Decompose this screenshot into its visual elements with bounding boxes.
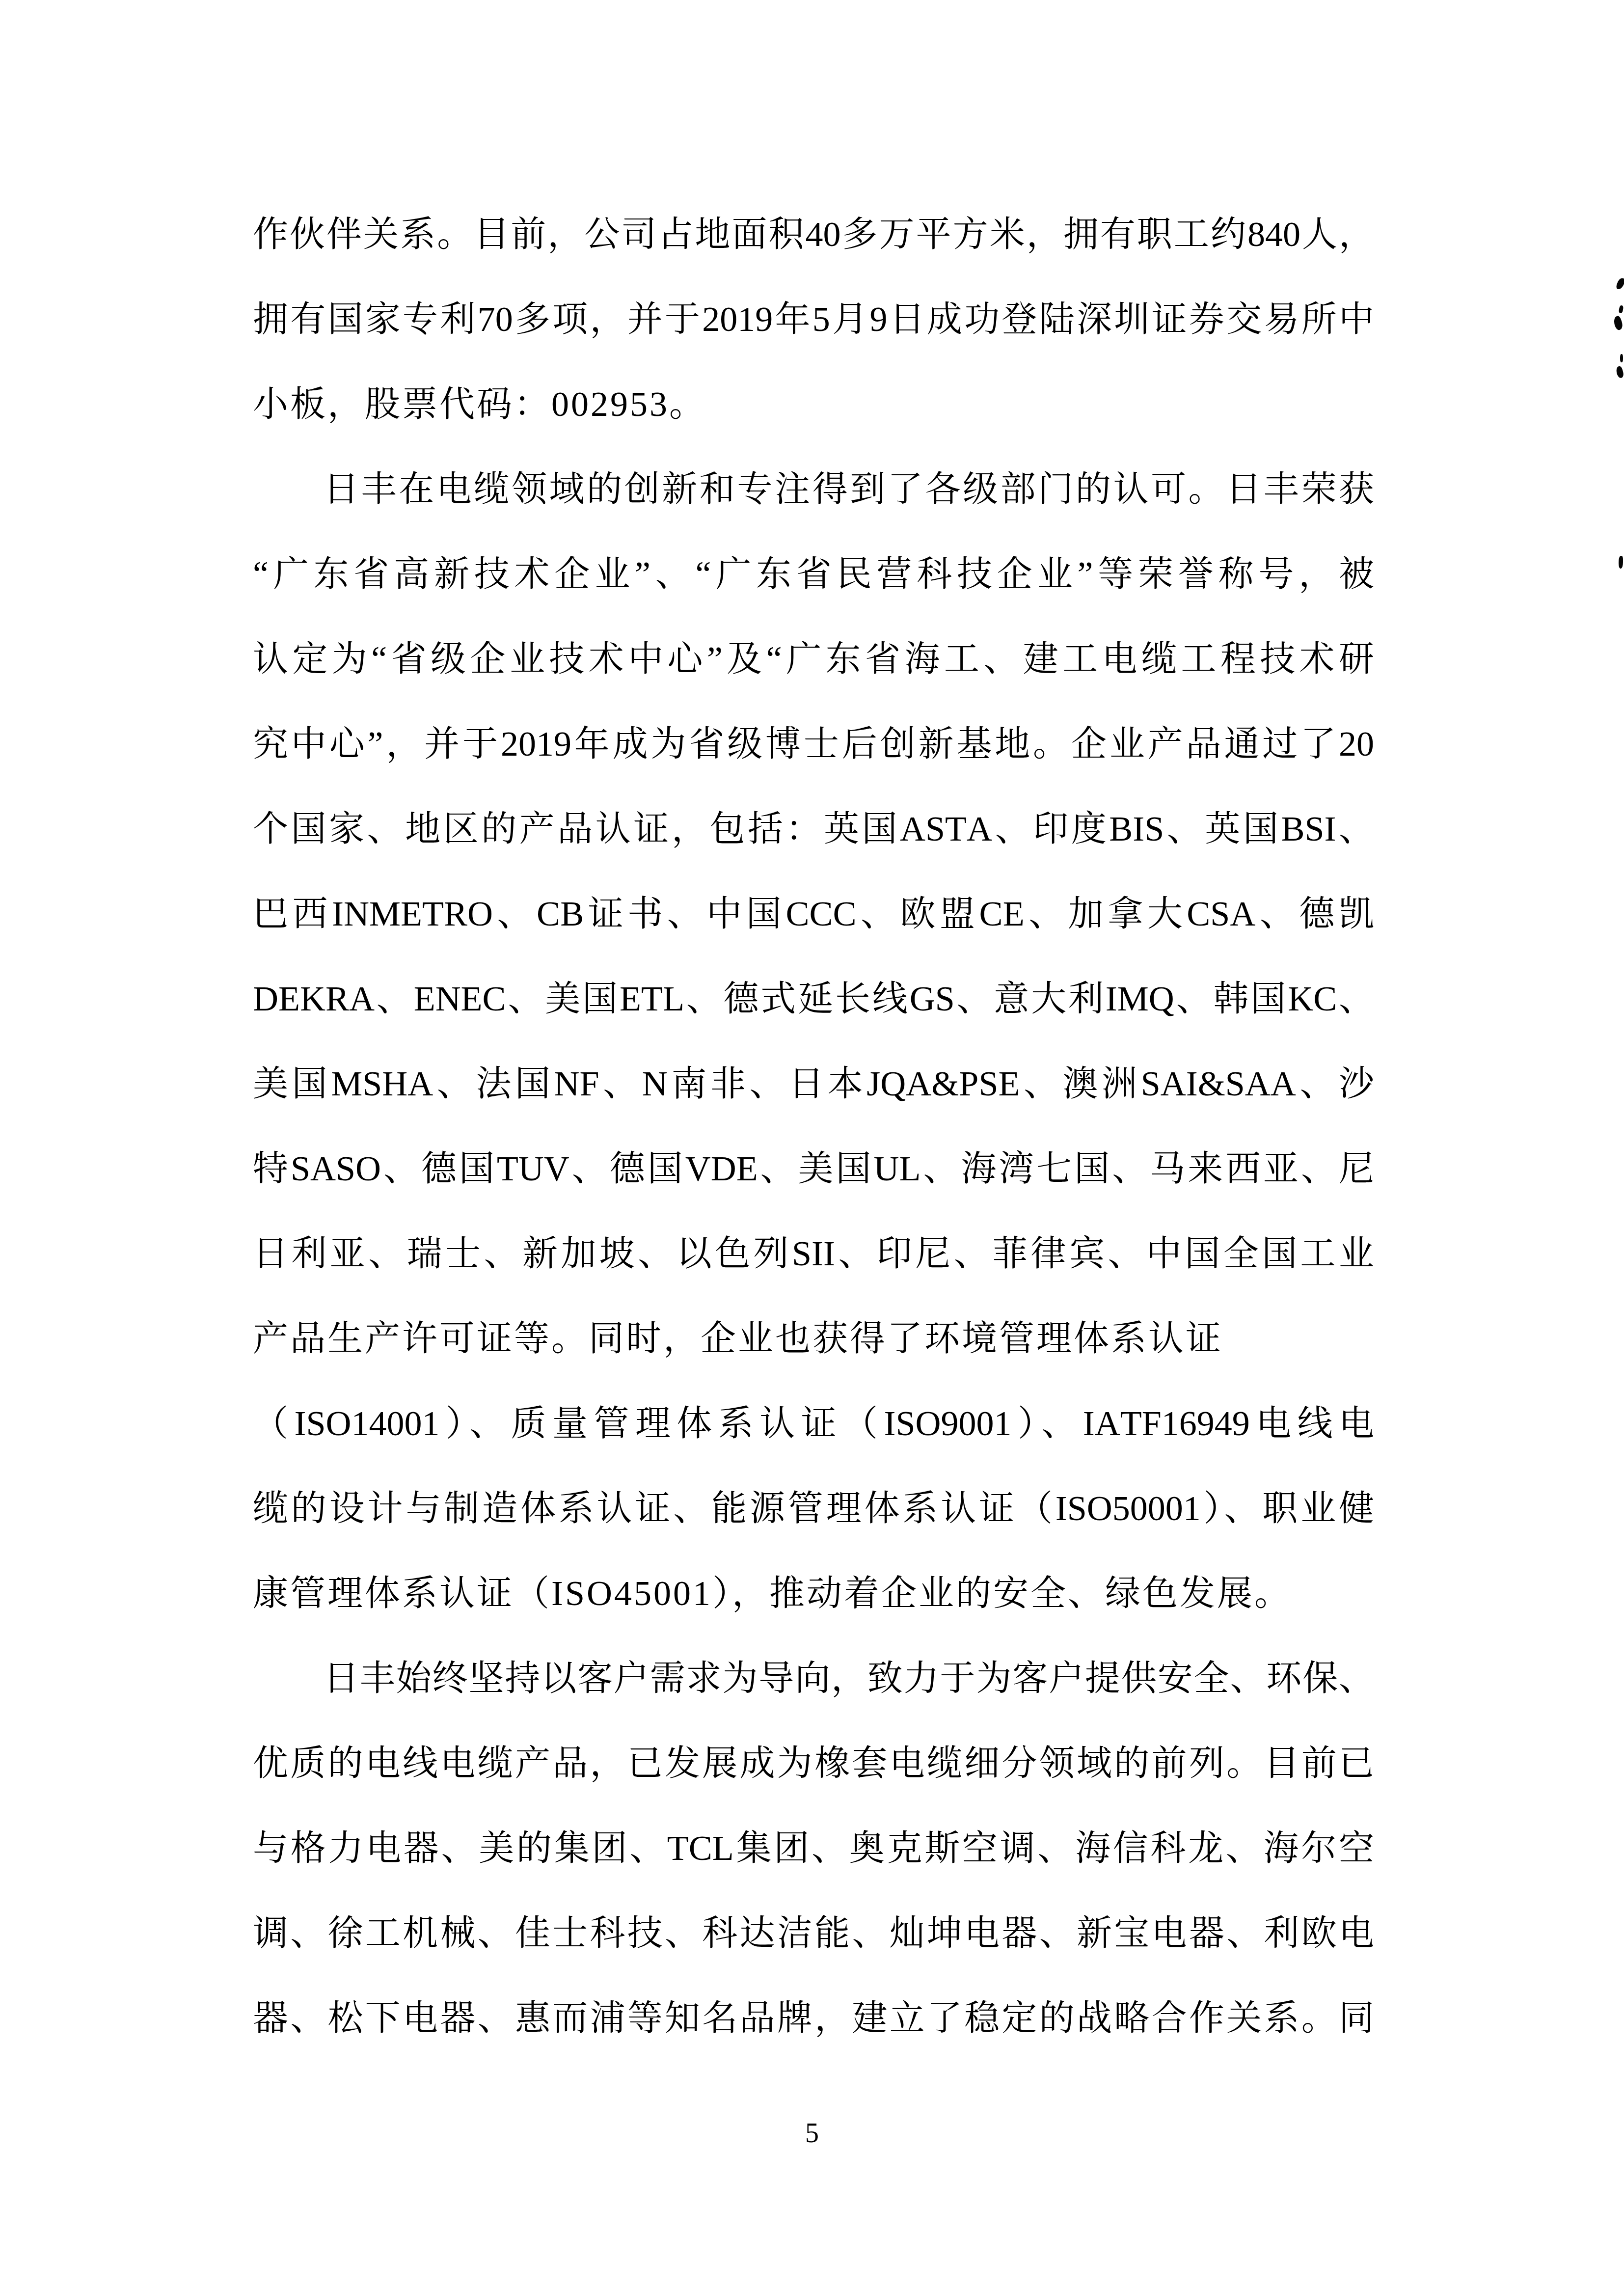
text-line: 缆的设计与制造体系认证、能源管理体系认证（ISO50001）、职业健 <box>253 1466 1374 1551</box>
ink-mark <box>1620 354 1623 362</box>
text-line: 小板，股票代码：002953。 <box>253 362 1374 447</box>
text-line: 优质的电线电缆产品，已发展成为橡套电缆细分领域的前列。目前已 <box>253 1721 1374 1806</box>
text-line: 日丰始终坚持以客户需求为导向，致力于为客户提供安全、环保、 <box>253 1636 1374 1721</box>
text-line: 特SASO、德国TUV、德国VDE、美国UL、海湾七国、马来西亚、尼 <box>253 1126 1374 1211</box>
document-body: 作伙伴关系。目前，公司占地面积40多万平方米，拥有职工约840人， 拥有国家专利… <box>253 192 1374 2061</box>
text-line: 与格力电器、美的集团、TCL集团、奥克斯空调、海信科龙、海尔空 <box>253 1806 1374 1891</box>
ink-mark <box>1615 366 1624 379</box>
text-line: 巴西INMETRO、CB证书、中国CCC、欧盟CE、加拿大CSA、德凯 <box>253 872 1374 956</box>
ink-mark <box>1612 315 1624 331</box>
text-line: 产品生产许可证等。同时，企业也获得了环境管理体系认证 <box>253 1296 1374 1381</box>
text-line: DEKRA、ENEC、美国ETL、德式延长线GS、意大利IMQ、韩国KC、 <box>253 956 1374 1041</box>
text-line: 器、松下电器、惠而浦等知名品牌，建立了稳定的战略合作关系。同 <box>253 1976 1374 2061</box>
ink-mark <box>1619 556 1623 569</box>
ink-mark <box>1616 277 1624 291</box>
text-line: 作伙伴关系。目前，公司占地面积40多万平方米，拥有职工约840人， <box>253 192 1374 277</box>
text-line: 认定为“省级企业技术中心”及“广东省海工、建工电缆工程技术研 <box>253 617 1374 702</box>
page-number: 5 <box>0 2116 1624 2151</box>
text-line: 调、徐工机械、佳士科技、科达洁能、灿坤电器、新宝电器、利欧电 <box>253 1891 1374 1976</box>
text-line: 个国家、地区的产品认证，包括：英国ASTA、印度BIS、英国BSI、 <box>253 787 1374 872</box>
document-page: 作伙伴关系。目前，公司占地面积40多万平方米，拥有职工约840人， 拥有国家专利… <box>0 0 1624 2290</box>
text-line: “广东省高新技术企业”、“广东省民营科技企业”等荣誉称号，被 <box>253 532 1374 617</box>
text-line: 拥有国家专利70多项，并于2019年5月9日成功登陆深圳证券交易所中 <box>253 277 1374 362</box>
text-line: 究中心”，并于2019年成为省级博士后创新基地。企业产品通过了20 <box>253 702 1374 787</box>
text-line: 美国MSHA、法国NF、N南非、日本JQA&PSE、澳洲SAI&SAA、沙 <box>253 1041 1374 1126</box>
ink-mark <box>1619 305 1624 313</box>
text-line: （ISO14001）、质量管理体系认证（ISO9001）、IATF16949电线… <box>253 1381 1374 1466</box>
text-line: 日丰在电缆领域的创新和专注得到了各级部门的认可。日丰荣获 <box>253 447 1374 532</box>
text-line: 康管理体系认证（ISO45001），推动着企业的安全、绿色发展。 <box>253 1551 1374 1636</box>
text-line: 日利亚、瑞士、新加坡、以色列SII、印尼、菲律宾、中国全国工业 <box>253 1211 1374 1296</box>
